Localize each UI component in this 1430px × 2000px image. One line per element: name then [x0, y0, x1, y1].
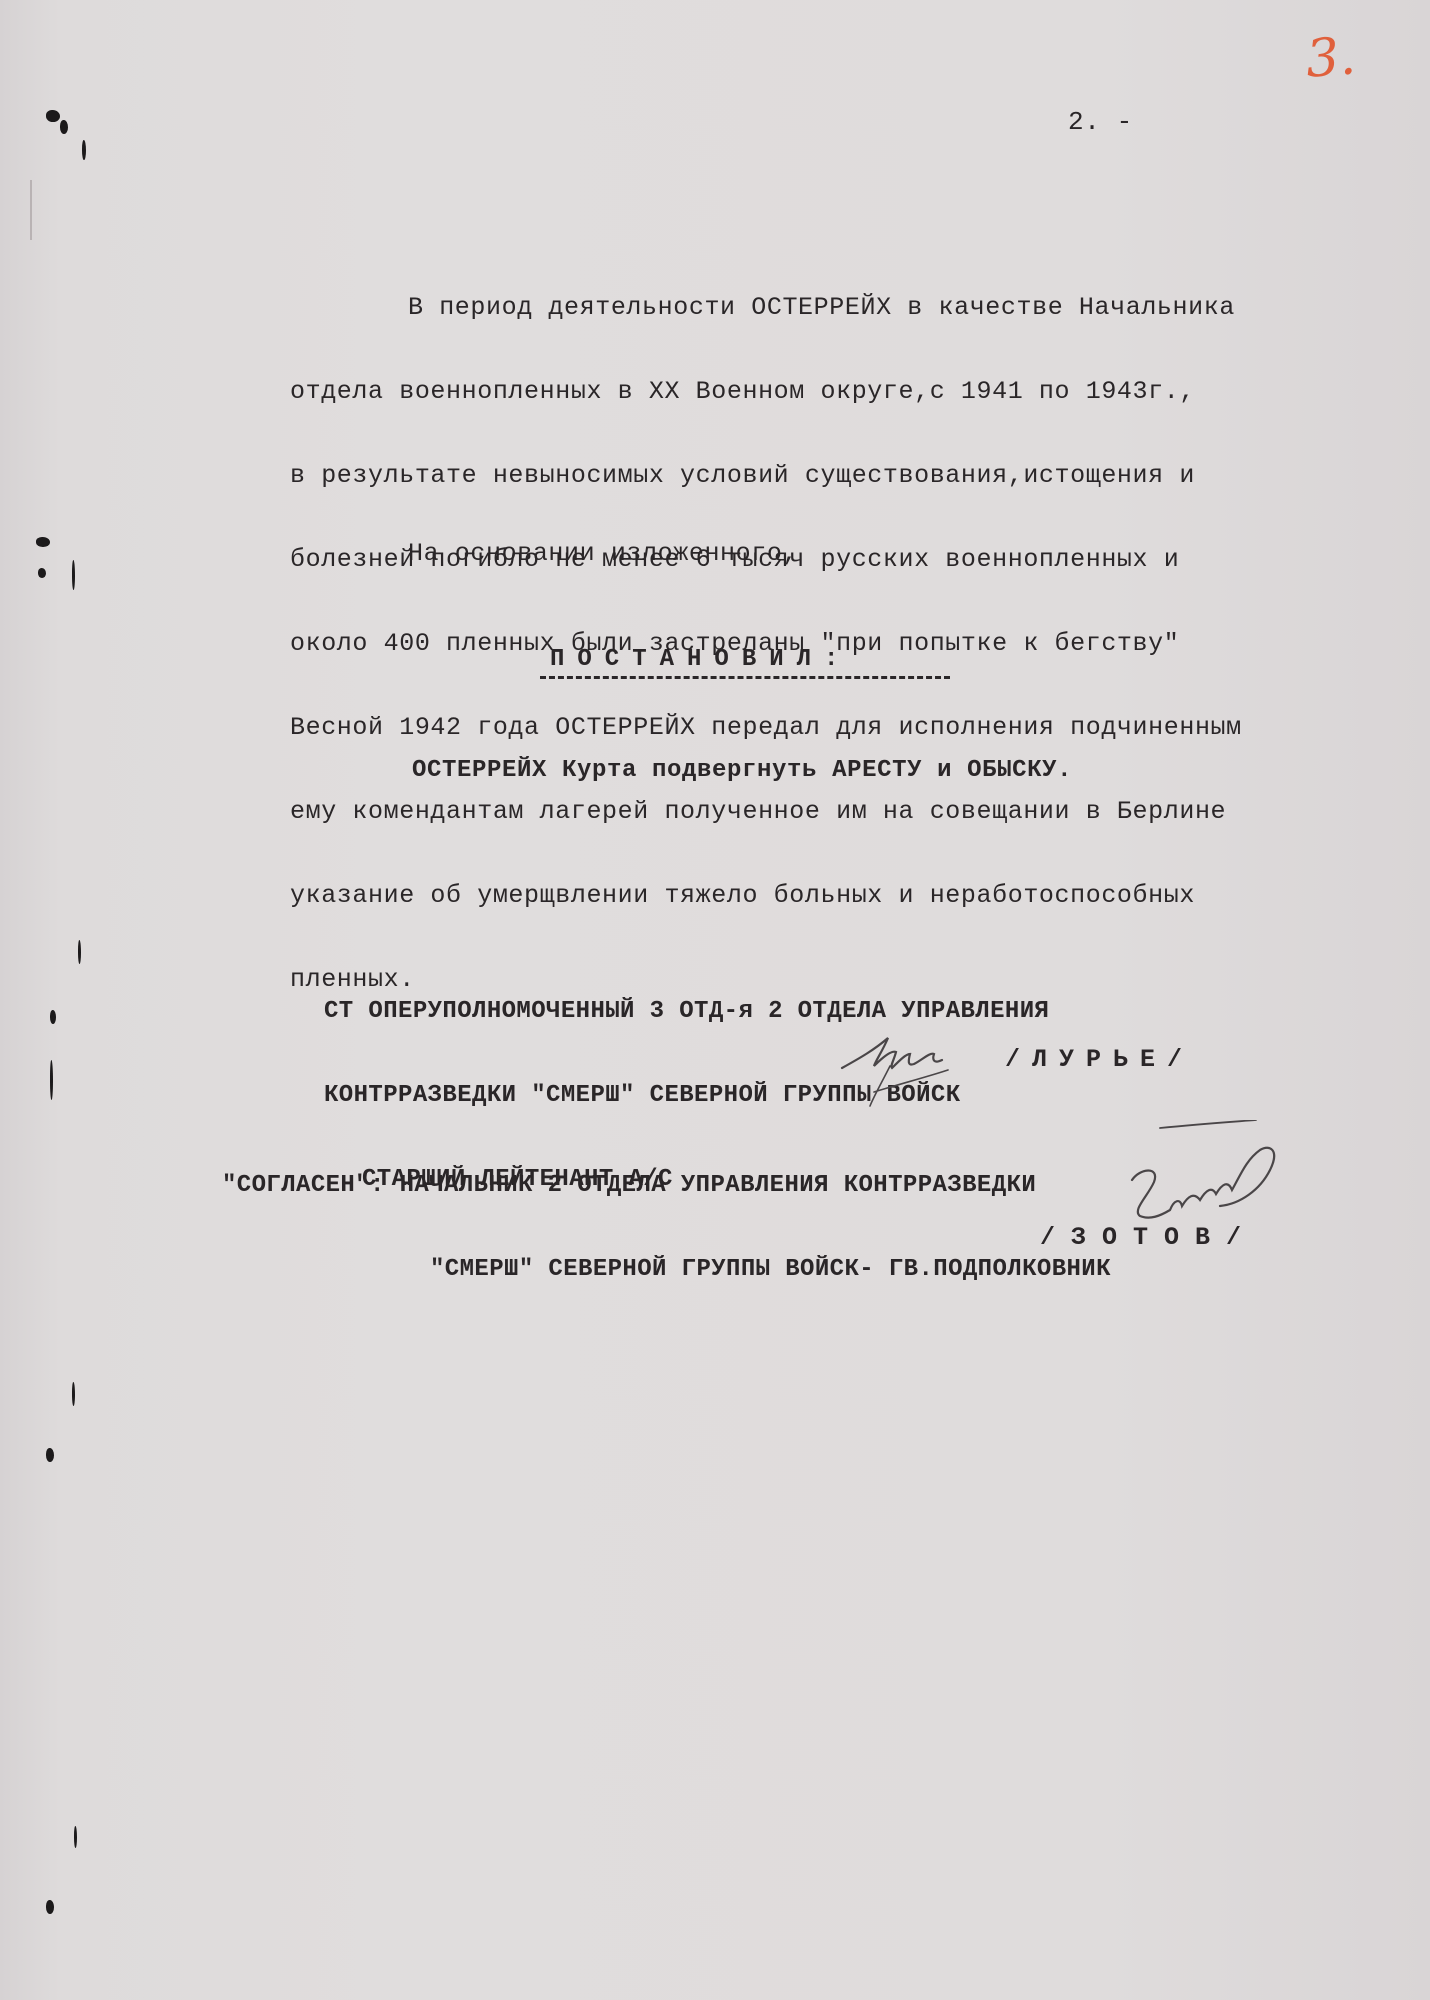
paragraph-line: отдела военнопленных в XX Военном округе…: [290, 378, 1242, 406]
punch-hole: [50, 1010, 56, 1024]
approval-line: "СОГЛАСЕН": НАЧАЛЬНИК 2 ОТДЕЛА УПРАВЛЕНИ…: [222, 1172, 1111, 1200]
punch-hole: [46, 1448, 54, 1462]
main-paragraph: В период деятельности ОСТЕРРЕЙХ в качест…: [290, 238, 1242, 1050]
archive-page-number: 3.: [1304, 26, 1358, 89]
officer-name: /ЛУРЬЕ/: [1005, 1046, 1194, 1074]
paragraph-line: Весной 1942 года ОСТЕРРЕЙХ передал для и…: [290, 714, 1242, 742]
punch-hole: [72, 1382, 75, 1406]
handwritten-signature-lurie: [830, 1030, 980, 1120]
approval-block: "СОГЛАСЕН": НАЧАЛЬНИК 2 ОТДЕЛА УПРАВЛЕНИ…: [222, 1116, 1111, 1340]
decree-heading: ПОСТАНОВИЛ:: [550, 646, 851, 674]
officer-line: СТ ОПЕРУПОЛНОМОЧЕННЫЙ 3 ОТД-я 2 ОТДЕЛА У…: [324, 998, 1049, 1026]
punch-hole: [46, 110, 60, 122]
punch-hole: [74, 1826, 77, 1848]
approval-line: "СМЕРШ" СЕВЕРНОЙ ГРУППЫ ВОЙСК- ГВ.ПОДПОЛ…: [222, 1256, 1111, 1284]
punch-hole: [60, 120, 68, 134]
punch-hole: [38, 568, 46, 578]
paragraph-line: указание об умерщвлении тяжело больных и…: [290, 882, 1242, 910]
approver-name: /ЗОТОВ/: [1040, 1224, 1257, 1252]
decree-underline: [540, 676, 950, 679]
document-page: 3. 2. - В период деятельности ОСТЕРРЕЙХ …: [0, 0, 1430, 2000]
basis-line: На основании изложенного,: [408, 540, 798, 568]
punch-hole: [46, 1900, 54, 1914]
paragraph-line: В период деятельности ОСТЕРРЕЙХ в качест…: [290, 294, 1242, 322]
paragraph-line: ему комендантам лагерей полученное им на…: [290, 798, 1242, 826]
punch-hole: [36, 537, 50, 547]
paragraph-line: в результате невыносимых условий существ…: [290, 462, 1242, 490]
punch-hole: [72, 560, 75, 590]
punch-hole: [82, 140, 86, 160]
page-number: 2. -: [1068, 108, 1133, 136]
page-crease: [30, 180, 32, 240]
resolution-line: ОСТЕРРЕЙХ Курта подвергнуть АРЕСТУ и ОБЫ…: [412, 757, 1072, 785]
punch-hole: [78, 940, 81, 964]
punch-hole: [50, 1060, 53, 1100]
